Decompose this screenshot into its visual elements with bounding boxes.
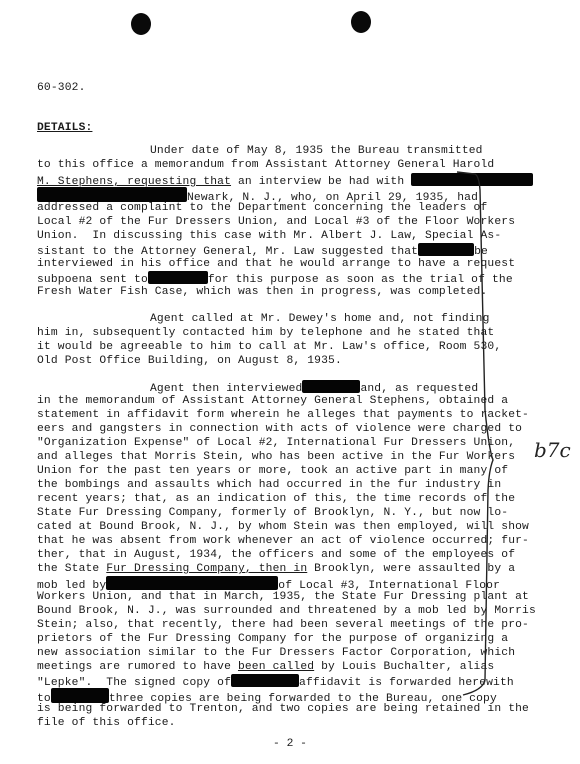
file-number: 60-302. xyxy=(37,81,86,95)
margin-bracket xyxy=(455,160,515,710)
document-page: 60-302. DETAILS: Under date of May 8, 19… xyxy=(0,0,580,764)
text: the State xyxy=(37,563,106,575)
text-line: Old Post Office Building, on August 8, 1… xyxy=(37,354,342,368)
text: in the memorandum of Assistant Attorney … xyxy=(37,395,508,407)
text: file of this office. xyxy=(37,717,176,729)
text: to this office a memorandum from Assista… xyxy=(37,159,494,171)
text-line: Fresh Water Fish Case, which was then in… xyxy=(37,285,487,299)
text: Old Post Office Building, on August 8, 1… xyxy=(37,355,342,367)
text: recent years; that, as an indication of … xyxy=(37,493,515,505)
text-line: the bombings and assaults which had occu… xyxy=(37,478,501,492)
text-line: it would be agreeable to him to call at … xyxy=(37,340,501,354)
text: prietors of the Fur Dressing Company for… xyxy=(37,633,508,645)
text-line: him in, subsequently contacted him by te… xyxy=(37,326,494,340)
text: State Fur Dressing Company, formerly of … xyxy=(37,507,508,519)
text: and alleges that Morris Stein, who has b… xyxy=(37,451,515,463)
text-line: Agent called at Mr. Dewey's home and, no… xyxy=(150,312,490,326)
text-line: the State Fur Dressing Company, then in … xyxy=(37,562,515,576)
text-line: "Organization Expense" of Local #2, Inte… xyxy=(37,436,515,450)
redaction-block xyxy=(51,688,109,703)
text: addressed a complaint to the Department … xyxy=(37,202,487,214)
text-line: to this office a memorandum from Assista… xyxy=(37,158,494,172)
text: Union. In discussing this case with Mr. … xyxy=(37,230,501,242)
text-line: Union. In discussing this case with Mr. … xyxy=(37,229,501,243)
text-line: Local #2 of the Fur Dressers Union, and … xyxy=(37,215,515,229)
punch-hole-left xyxy=(131,13,151,35)
text-line: eers and gangsters in connection with ac… xyxy=(37,422,522,436)
redaction-block xyxy=(302,380,360,393)
text-line: in the memorandum of Assistant Attorney … xyxy=(37,394,508,408)
text: it would be agreeable to him to call at … xyxy=(37,341,501,353)
text: Union for the past ten years or more, to… xyxy=(37,465,508,477)
text-line: Union for the past ten years or more, to… xyxy=(37,464,508,478)
redaction-block xyxy=(148,271,208,284)
text: interviewed in his office and that he wo… xyxy=(37,258,515,270)
text: meetings are rumored to have xyxy=(37,661,238,673)
text: Local #2 of the Fur Dressers Union, and … xyxy=(37,216,515,228)
redaction-block xyxy=(231,674,299,687)
text-line: file of this office. xyxy=(37,716,176,730)
text-line: meetings are rumored to have been called… xyxy=(37,660,494,674)
text: Agent called at Mr. Dewey's home and, no… xyxy=(150,313,490,325)
text: "Organization Expense" of Local #2, Inte… xyxy=(37,437,515,449)
text-line: and alleges that Morris Stein, who has b… xyxy=(37,450,515,464)
text: the bombings and assaults which had occu… xyxy=(37,479,501,491)
redaction-block xyxy=(106,576,278,590)
text-line: interviewed in his office and that he wo… xyxy=(37,257,515,271)
text-line: new association similar to the Fur Dress… xyxy=(37,646,515,660)
text: new association similar to the Fur Dress… xyxy=(37,647,515,659)
text: eers and gangsters in connection with ac… xyxy=(37,423,522,435)
text-line: addressed a complaint to the Department … xyxy=(37,201,487,215)
redaction-block xyxy=(37,187,187,202)
text: Under date of May 8, 1935 the Bureau tra… xyxy=(150,145,483,157)
punch-hole-right xyxy=(351,11,371,33)
text: ther, that in August, 1934, the officers… xyxy=(37,549,515,561)
text-line: ther, that in August, 1934, the officers… xyxy=(37,548,515,562)
handwritten-annotation: b7c xyxy=(534,438,571,462)
text-line: prietors of the Fur Dressing Company for… xyxy=(37,632,508,646)
underlined-text: Fur Dressing Company, then in xyxy=(106,563,307,575)
text: Fresh Water Fish Case, which was then in… xyxy=(37,286,487,298)
text: him in, subsequently contacted him by te… xyxy=(37,327,494,339)
text-line: Under date of May 8, 1935 the Bureau tra… xyxy=(150,144,483,158)
text-line: recent years; that, as an indication of … xyxy=(37,492,515,506)
page-number: - 2 - xyxy=(0,738,580,750)
section-heading: DETAILS: xyxy=(37,121,92,135)
text-line: State Fur Dressing Company, formerly of … xyxy=(37,506,508,520)
underlined-text: been called xyxy=(238,661,314,673)
